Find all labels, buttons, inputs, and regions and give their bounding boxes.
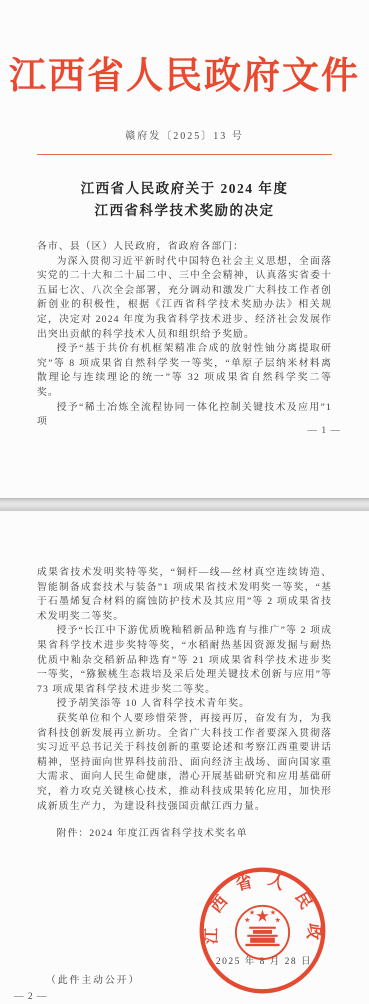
document-title-line2: 江西省科学技术奖励的决定	[0, 200, 369, 222]
header-divider	[37, 154, 332, 155]
page-gap	[0, 498, 369, 511]
paragraph: 授予胡笑添等 10 人省科学技术青年奖。	[37, 697, 332, 712]
page-2-body: 成果省技术发明奖特等奖，“铜杆—线—丝材真空连续铸造、智能制备成套技术与装备”1…	[0, 511, 369, 842]
document-title-line1: 江西省人民政府关于 2024 年度	[0, 178, 369, 200]
paragraph: 成果省技术发明奖特等奖，“铜杆—线—丝材真空连续铸造、智能制备成套技术与装备”1…	[37, 566, 332, 624]
paragraph: 授予“基于共价有机框架精准合成的放射性铀分离提取研究”等 8 项成果省自然科学奖…	[37, 342, 332, 400]
page-1: 江西省人民政府文件 赣府发〔2025〕13 号 江西省人民政府关于 2024 年…	[0, 0, 369, 498]
document-number: 赣府发〔2025〕13 号	[0, 127, 369, 142]
page-number: — 2 —	[14, 992, 48, 1002]
salutation: 各市、县（区）人民政府，省政府各部门：	[37, 240, 332, 255]
government-seal: 江西省人民政府	[196, 864, 329, 997]
document-title: 江西省人民政府关于 2024 年度 江西省科学技术奖励的决定	[0, 178, 369, 222]
paragraph: 授予“稀土冶炼全流程协同一体化控制关键技术及应用”1 项	[37, 401, 332, 430]
government-seal-graphic: 江西省人民政府	[196, 864, 329, 997]
attachment-line: 附件：2024 年度江西省科学技术奖名单	[37, 827, 332, 842]
paragraph: 授予“长江中下游优质晚籼稻新品种选育与推广”等 2 项成果省科学技术进步奖特等奖…	[37, 624, 332, 697]
national-emblem-icon	[236, 906, 289, 959]
paragraph: 获奖单位和个人要珍惜荣誉，再接再厉，奋发有为，为我省科技创新发展再立新功。全省广…	[37, 712, 332, 814]
disclosure-note: （此件主动公开）	[46, 972, 140, 986]
page-2: 成果省技术发明奖特等奖，“铜杆—线—丝材真空连续铸造、智能制备成套技术与装备”1…	[0, 511, 369, 1004]
document-header-title: 江西省人民政府文件	[0, 54, 369, 100]
page-1-body: 各市、县（区）人民政府，省政府各部门： 为深入贯彻习近平新时代中国特色社会主义思…	[0, 222, 369, 430]
document-viewer: 江西省人民政府文件 赣府发〔2025〕13 号 江西省人民政府关于 2024 年…	[0, 0, 369, 1004]
page-number: — 1 —	[308, 426, 342, 436]
paragraph: 为深入贯彻习近平新时代中国特色社会主义思想，全面落实党的二十大和二十届二中、三中…	[37, 255, 332, 343]
